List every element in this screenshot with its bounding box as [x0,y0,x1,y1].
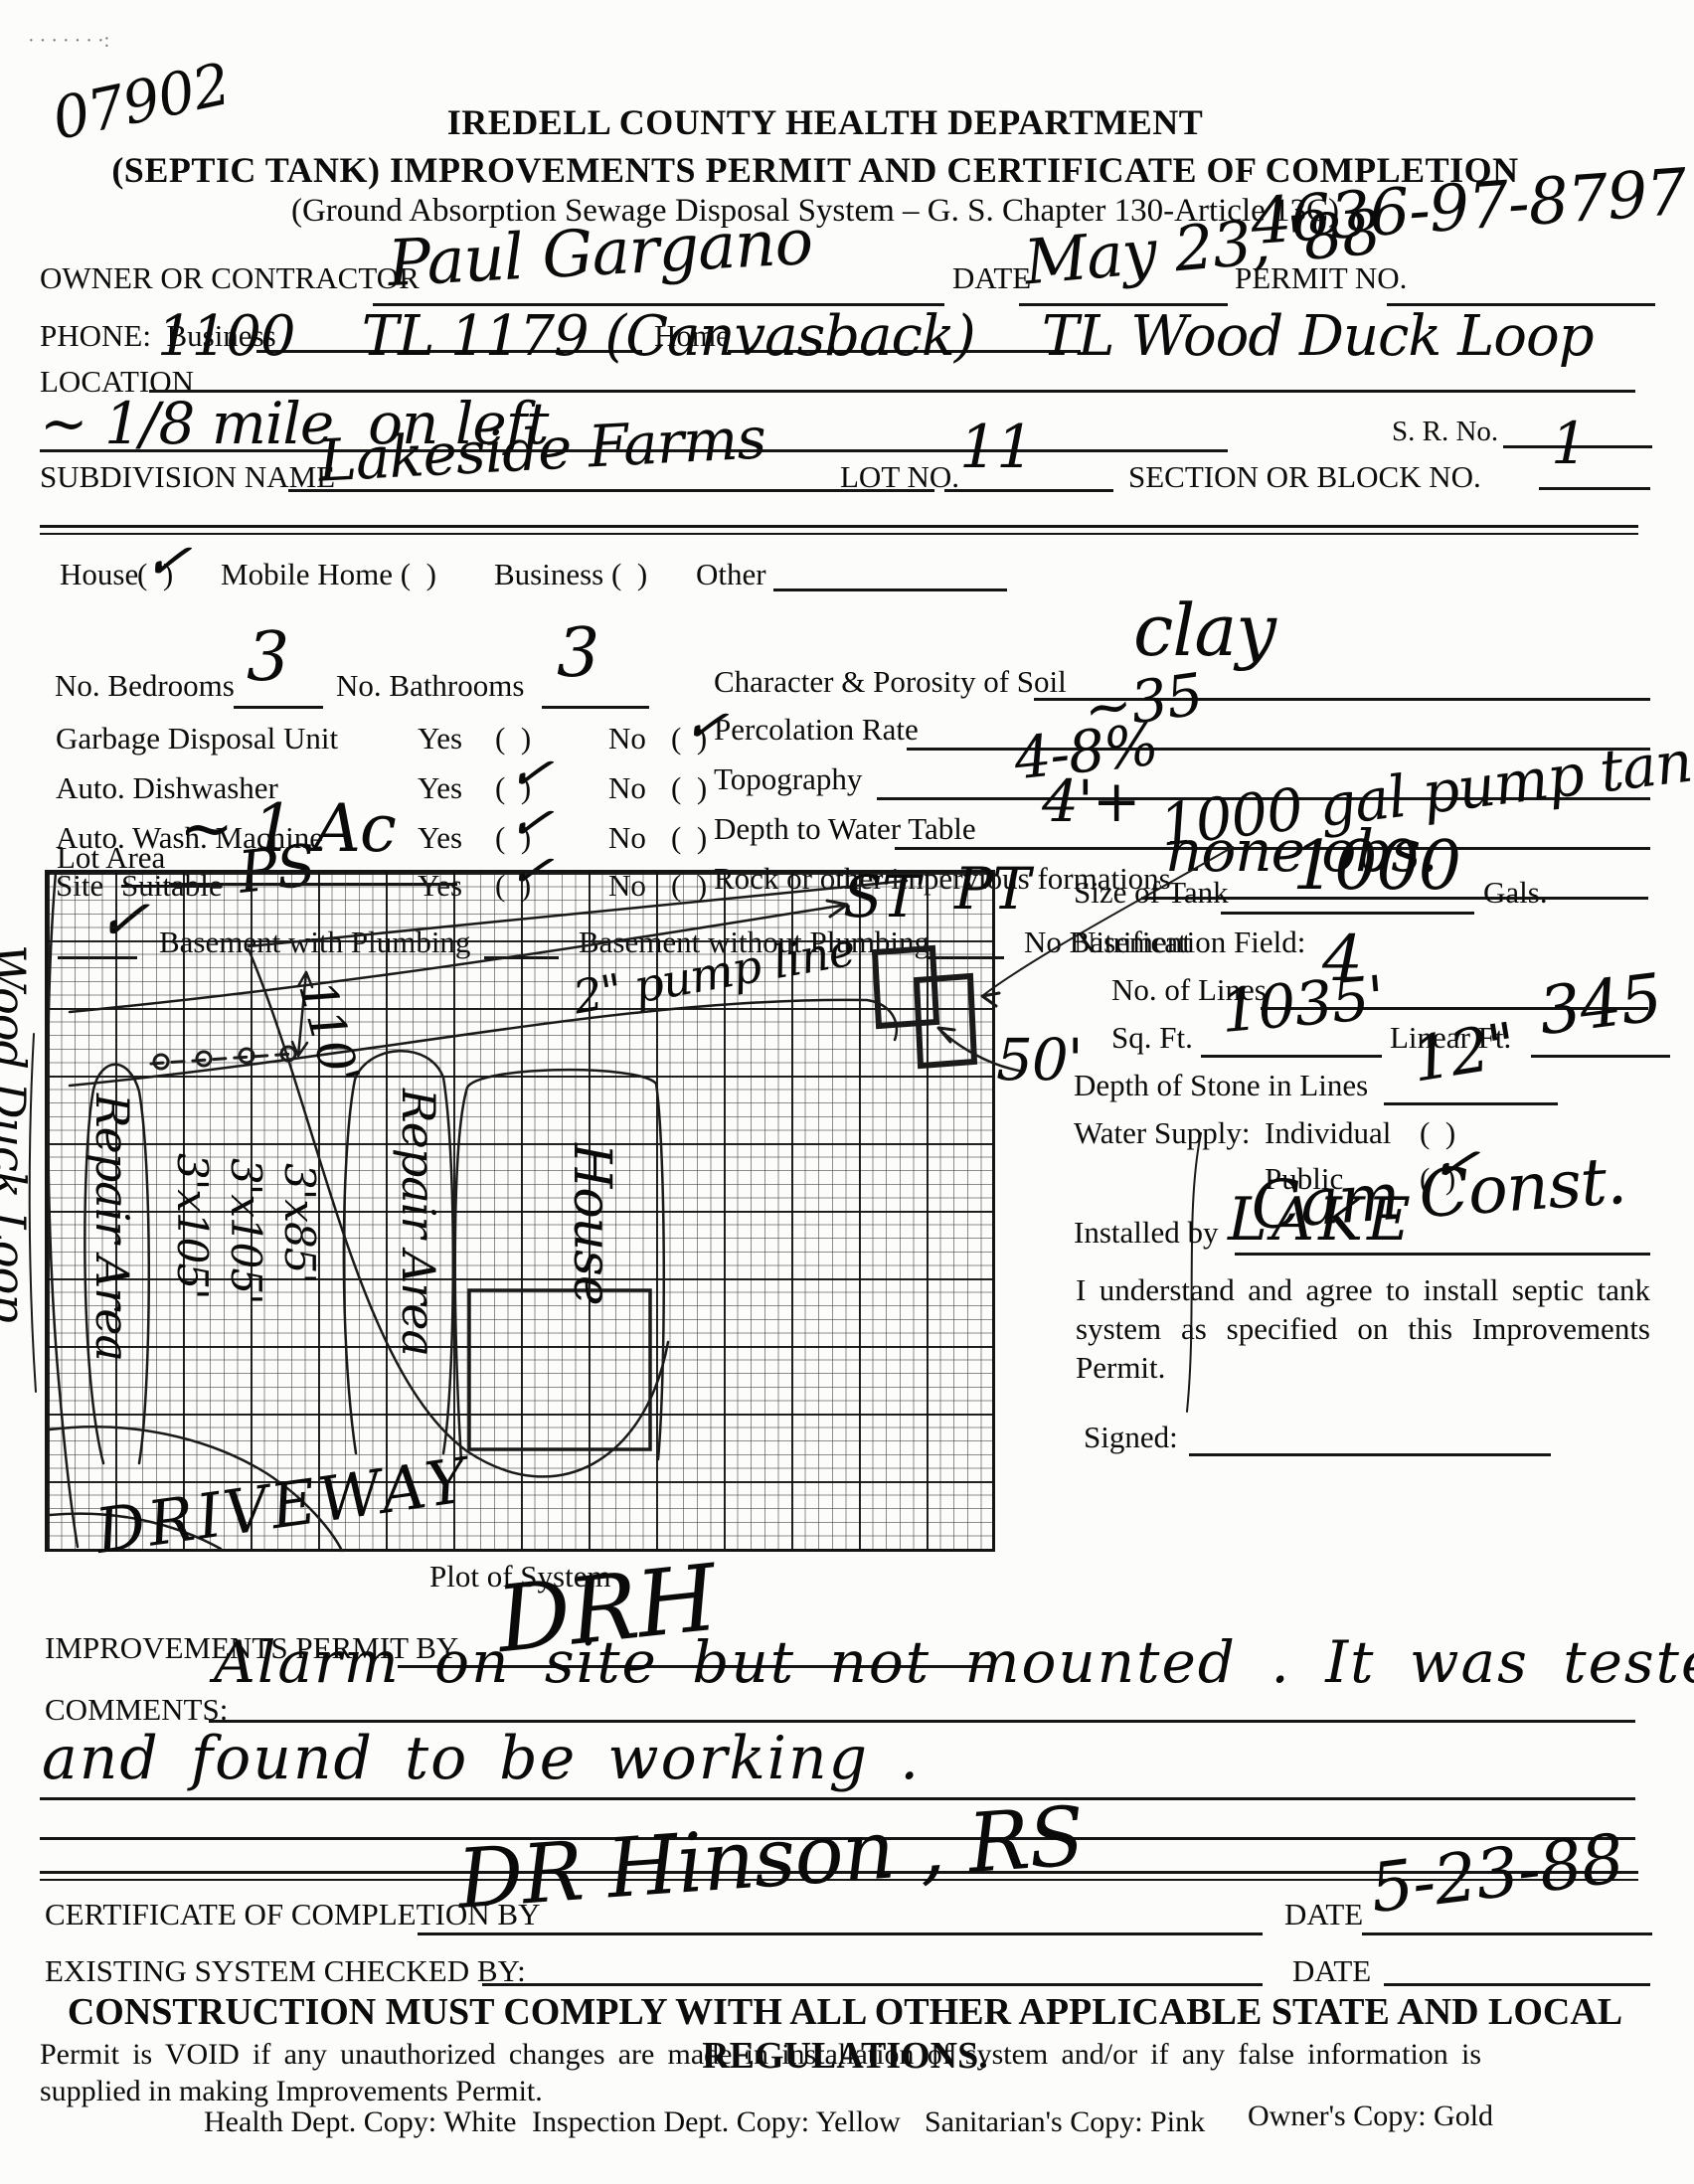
yes-label: Yes [418,820,462,856]
individual-label: Individual [1265,1115,1391,1151]
plot-dim-50: 50' [996,1026,1083,1093]
copy-distribution: Inspection Dept. Copy: Yellow [532,2105,901,2139]
field-underline [1201,1055,1382,1058]
depth-of-stone-value: 12" [1407,1008,1521,1095]
lot-no-value: 11 [959,413,1033,482]
sr-no-label: S. R. No. [1392,416,1498,448]
field-underline [1384,1102,1558,1105]
field-underline [1189,1453,1551,1456]
field-underline [1539,487,1650,490]
plot-line-dim: 3'x105' [168,1153,217,1299]
bathrooms-label: No. Bathrooms [336,668,524,704]
section-divider [40,533,1638,535]
plot-st-label: ST [843,863,919,930]
existing-system-label: EXISTING SYSTEM CHECKED BY: [45,1953,526,1989]
no-checkbox: ( ) [671,820,707,856]
water-supply-label: Water Supply: [1074,1115,1250,1151]
soil-row-label: Percolation Rate [714,712,919,748]
installed-by-value: Cam Const. [1249,1142,1628,1245]
soil-row-label: Character & Porosity of Soil [714,664,1067,700]
gals-label: Gals. [1483,875,1548,911]
field-underline [1235,1253,1650,1256]
sq-ft-label: Sq. Ft. [1111,1020,1193,1056]
section-block-label: SECTION OR BLOCK NO. [1128,459,1481,495]
comments-line1: Alarm on site but not mounted . It was t… [214,1628,1694,1696]
size-of-tank-label: Size of Tank [1074,875,1229,911]
field-underline [944,489,1113,492]
sq-ft-value: 1035' [1218,963,1387,1047]
plot-pt-label: PT [954,855,1030,923]
soil-row-value: 4'+ [1042,767,1139,835]
owner-label: OWNER OR CONTRACTOR [40,260,420,296]
no-label: No [608,770,646,806]
field-underline [209,1720,1635,1723]
field-underline [40,1797,1635,1800]
plot-line-dim: 3'x105' [222,1158,270,1304]
plot-road-label: Wood Duck Loop [0,944,36,1322]
mobile-home-label: Mobile Home ( ) [221,557,436,592]
no-label: No [608,721,646,756]
plot-house-label: House [562,1143,621,1305]
house-label: House [60,557,138,592]
size-of-tank-value: 1000 [1292,827,1460,906]
soil-row-label: Depth to Water Table [714,811,976,847]
section-divider [40,525,1638,528]
location-value: 1100 TL 1179 (Canvasback) TL Wood Duck L… [157,304,1594,369]
bedrooms-value: 3 [247,618,288,697]
installed-by-label: Installed by [1074,1215,1219,1251]
permit-no-label: PERMIT NO. [1235,260,1407,296]
field-underline [418,1932,1263,1935]
field-underline [482,1983,1263,1986]
lot-no-label: LOT NO. [840,459,959,495]
copy-distribution: Health Dept. Copy: White [204,2105,516,2139]
comments-line2: and found to be working . [42,1724,921,1793]
field-underline [1384,1983,1650,1986]
field-underline [234,706,323,709]
section-block-value: 1 [1551,410,1587,477]
comments-label: COMMENTS: [45,1692,228,1728]
field-underline [773,588,1007,591]
depth-of-stone-label: Depth of Stone in Lines [1074,1068,1368,1103]
scanned-permit-form: · · · · · · ·: 07902 IREDELL COUNTY HEAL… [0,0,1694,2184]
copy-distribution: Sanitarian's Copy: Pink [925,2105,1205,2139]
bedrooms-label: No. Bedrooms [55,668,235,704]
void-statement: Permit is VOID if any unauthorized chang… [40,2036,1481,2109]
soil-row-label: Topography [714,761,862,797]
date-label: DATE [952,260,1031,296]
installer-agreement-text: I understand and agree to install septic… [1076,1270,1650,1387]
yes-label: Yes [418,770,462,806]
plot-repair-area-1: Repair Area [85,1093,139,1361]
signed-label: Signed: [1084,1420,1178,1455]
soil-row-value: clay [1133,588,1275,672]
plot-line-dim: 3'x85' [275,1163,324,1283]
yes-label: Yes [418,721,462,756]
scan-artifact-dots: · · · · · · ·: [28,30,109,53]
field-underline [288,489,934,492]
field-underline [1531,1055,1670,1058]
copy-distribution: Owner's Copy: Gold [1248,2100,1493,2133]
nitrification-field-label: Nitrification Field: [1074,924,1305,960]
form-title: IREDELL COUNTY HEALTH DEPARTMENT [0,101,1650,143]
no-checkbox: ( ) [671,770,707,806]
other-label: Other [696,557,766,592]
certificate-date-label: DATE [1284,1897,1363,1932]
field-underline [1221,912,1474,915]
existing-date-label: DATE [1292,1953,1371,1989]
field-underline [1362,1932,1652,1935]
plot-repair-area-2: Repair Area [392,1089,445,1356]
certificate-signature: DR Hinson , RS [454,1789,1087,1928]
appliance-row-label: Garbage Disposal Unit [56,721,338,756]
linear-ft-value: 345 [1535,959,1665,1050]
no-label: No [608,820,646,856]
bathrooms-value: 3 [557,614,598,693]
field-underline [542,706,649,709]
business-label: Business ( ) [494,557,647,592]
lot-area-value: ~ 1 Ac [179,790,396,867]
house-checkmark: ✓ [140,526,195,596]
